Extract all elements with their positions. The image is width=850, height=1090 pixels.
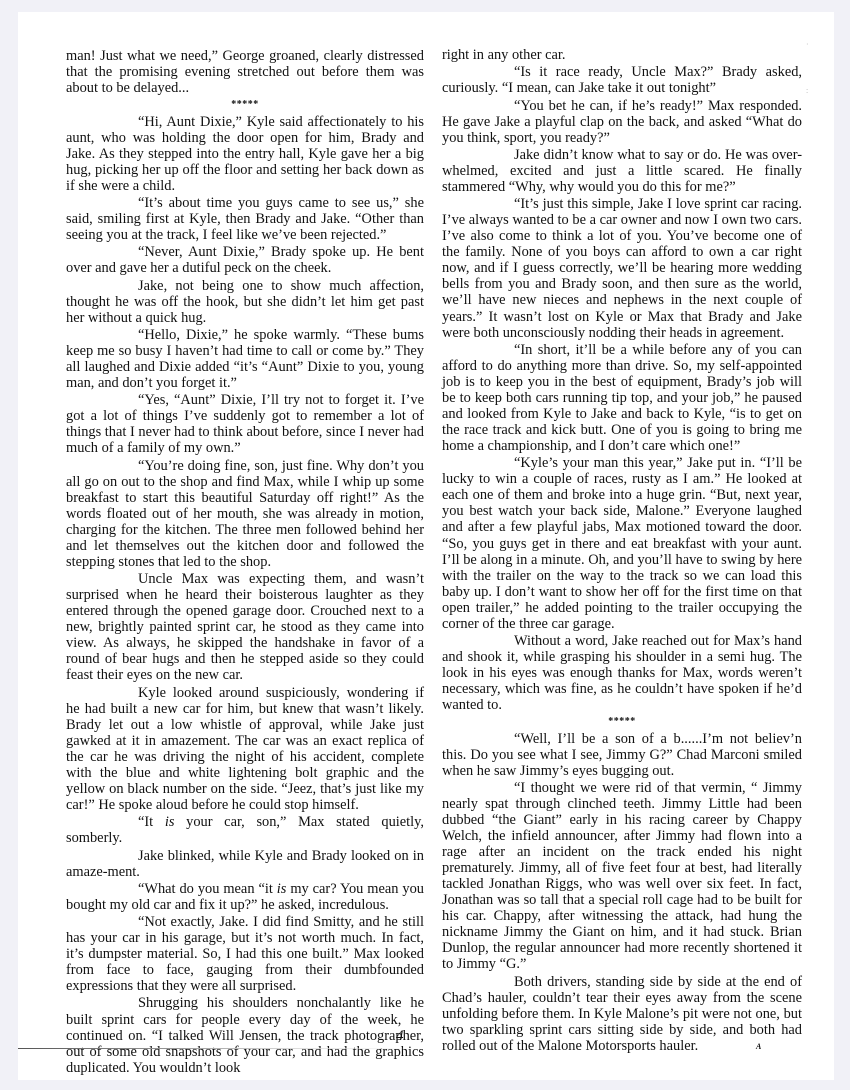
section-separator: ***** (66, 97, 424, 112)
paragraph: “It is your car, son,” Max stated quietl… (66, 814, 424, 846)
paragraph: “It’s about time you guys came to see us… (66, 195, 424, 243)
scan-edge-line (18, 1048, 418, 1049)
paragraph: “I thought we were rid of that vermin, “… (442, 780, 802, 973)
paragraph: Without a word, Jake reached out for Max… (442, 633, 802, 713)
text-run: “What do you mean “it (138, 881, 277, 897)
paragraph: “You bet he can, if he’s ready!” Max res… (442, 98, 802, 146)
paragraph: “Never, Aunt Dixie,” Brady spoke up. He … (66, 244, 424, 276)
paragraph: Jake, not being one to show much affecti… (66, 278, 424, 326)
emphasis-text: is (277, 881, 287, 897)
paragraph: “Is it race ready, Uncle Max?” Brady ask… (442, 64, 802, 96)
paragraph: Uncle Max was expecting them, and wasn’t… (66, 571, 424, 683)
corner-mark: A (756, 1042, 761, 1051)
scan-speck: : (806, 86, 808, 95)
scan-speck: · (806, 40, 809, 49)
paragraph: Shrugging his shoulders nonchalantly lik… (66, 995, 424, 1075)
paragraph: “Kyle’s your man this year,” Jake put in… (442, 455, 802, 632)
right-column: right in any other car. “Is it race read… (442, 47, 802, 1055)
paragraph: “Yes, “Aunt” Dixie, I’ll try not to forg… (66, 392, 424, 456)
paragraph: Jake blinked, while Kyle and Brady looke… (66, 848, 424, 880)
paragraph: “You’re doing fine, son, just fine. Why … (66, 458, 424, 570)
left-column: man! Just what we need,” George groaned,… (66, 48, 424, 1077)
paragraph: Jake didn’t know what to say or do. He w… (442, 147, 802, 195)
paragraph: man! Just what we need,” George groaned,… (66, 48, 424, 96)
paragraph: Kyle looked around suspiciously, wonderi… (66, 685, 424, 813)
paragraph: “Well, I’ll be a son of a b......I’m not… (442, 731, 802, 779)
text-run: “It (138, 814, 165, 830)
paragraph: “In short, it’ll be a while before any o… (442, 342, 802, 454)
paragraph: “It’s just this simple, Jake I love spri… (442, 196, 802, 340)
paragraph: “Hello, Dixie,” he spoke warmly. “These … (66, 327, 424, 391)
paragraph: “Not exactly, Jake. I did find Smitty, a… (66, 914, 424, 994)
text-run: your car, son,” Max stated quietly, somb… (66, 814, 424, 846)
paragraph: right in any other car. (442, 47, 802, 63)
paragraph: Both drivers, standing side by side at t… (442, 974, 802, 1054)
page-number: 4 (396, 1028, 404, 1045)
paragraph: “What do you mean “it is my car? You mea… (66, 881, 424, 913)
section-separator: ***** (442, 714, 802, 729)
scanned-page: man! Just what we need,” George groaned,… (18, 12, 834, 1080)
paragraph: “Hi, Aunt Dixie,” Kyle said affectionate… (66, 114, 424, 194)
